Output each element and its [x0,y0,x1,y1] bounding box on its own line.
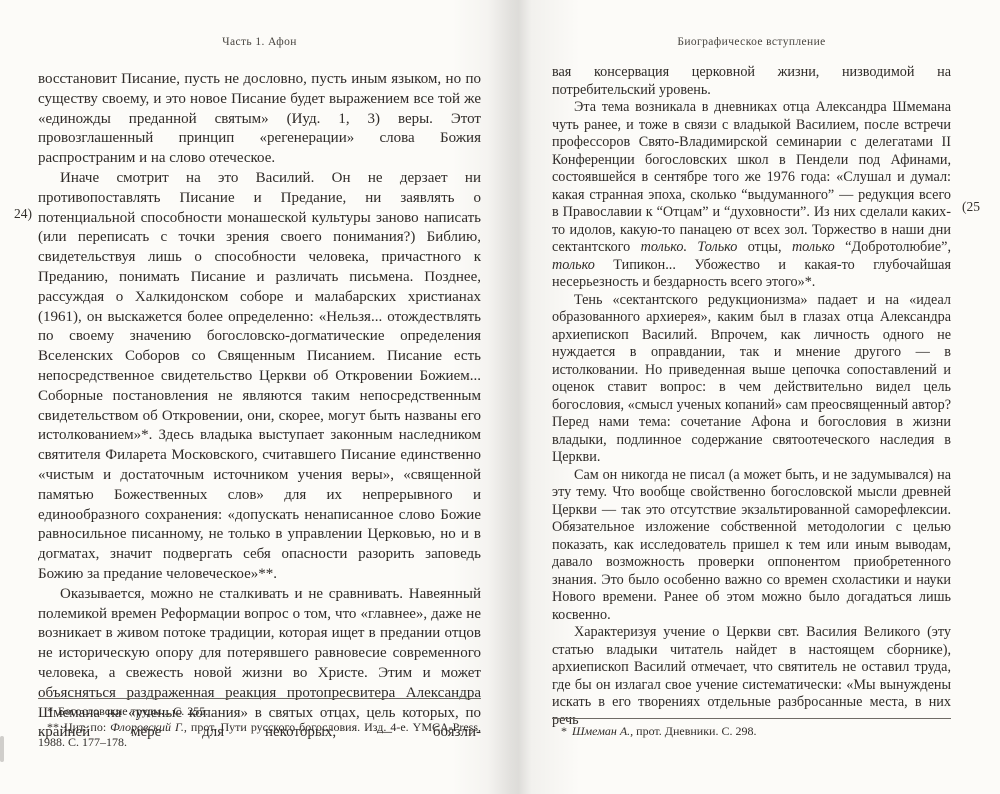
page-number-left: 24) [14,206,32,222]
body-paragraph: восстановит Писание, пусть не дословно, … [38,70,481,169]
page-number-right: (25 [962,199,980,215]
text-run: Типикон... Убожество и какая-то глубочай… [552,257,951,291]
book-spread: { "colors": { "paper": "#fcfbf8", "ink":… [0,0,1000,794]
body-paragraph: Иначе смотрит на это Василий. Он не дерз… [38,169,481,585]
text-run: прот. Дневники. С. 298. [633,724,756,738]
text-run: Иначе смотрит на это Василий. Он не дерз… [38,170,481,582]
body-paragraph: Тень «сектантского редукционизма» падает… [552,292,951,467]
footnote: *Шмеман А., прот. Дневники. С. 298. [552,724,951,740]
body-paragraph: вая консервация церковной жизни, низводи… [552,64,951,99]
running-head-left: Часть 1. Афон [38,36,481,48]
italic-text: только. Только [641,239,738,255]
footnote: *Богословские труды... С. 255. [38,704,481,720]
body-paragraph: Сам он никогда не писал (а может быть, и… [552,467,951,625]
text-run: Эта тема возникала в дневниках отца Алек… [552,99,951,255]
footnote: **Цит. по: Флоровский Г., прот. Пути рус… [38,720,481,751]
text-run: Характеризуя учение о Церкви свт. Васили… [552,624,951,728]
right-page-body: вая консервация церковной жизни, низводи… [552,64,951,729]
italic-text: Флоровский Г., [110,720,187,734]
text-run: Цит. по: [64,720,110,734]
italic-text: только [552,257,595,273]
italic-text: только [792,239,835,255]
body-paragraph: Характеризуя учение о Церкви свт. Васили… [552,624,951,729]
footnote-marker: * [561,724,572,738]
left-page: Часть 1. Афон восстановит Писание, пусть… [38,30,481,770]
left-page-body: восстановит Писание, пусть не дословно, … [38,70,481,743]
text-run: восстановит Писание, пусть не дословно, … [38,71,481,166]
right-page: Биографическое вступление вая консерваци… [552,30,951,770]
text-run: Сам он никогда не писал (а может быть, и… [552,467,951,623]
text-run: Тень «сектантского редукционизма» падает… [552,292,951,466]
scan-edge-smudge [0,736,4,762]
text-run: вая консервация церковной жизни, низводи… [552,64,951,98]
footnote-marker: * [47,704,58,718]
body-paragraph: Эта тема возникала в дневниках отца Алек… [552,99,951,292]
italic-text: Шмеман А., [572,724,633,738]
running-head-right: Биографическое вступление [552,36,951,48]
text-run: Богословские труды... С. 255. [58,704,208,718]
right-page-footnotes: *Шмеман А., прот. Дневники. С. 298. [552,718,951,740]
left-page-footnotes: *Богословские труды... С. 255.**Цит. по:… [38,698,481,751]
text-run: отцы, [737,239,792,255]
text-run: “Добротолюбие”, [835,239,951,255]
footnote-marker: ** [47,720,64,734]
